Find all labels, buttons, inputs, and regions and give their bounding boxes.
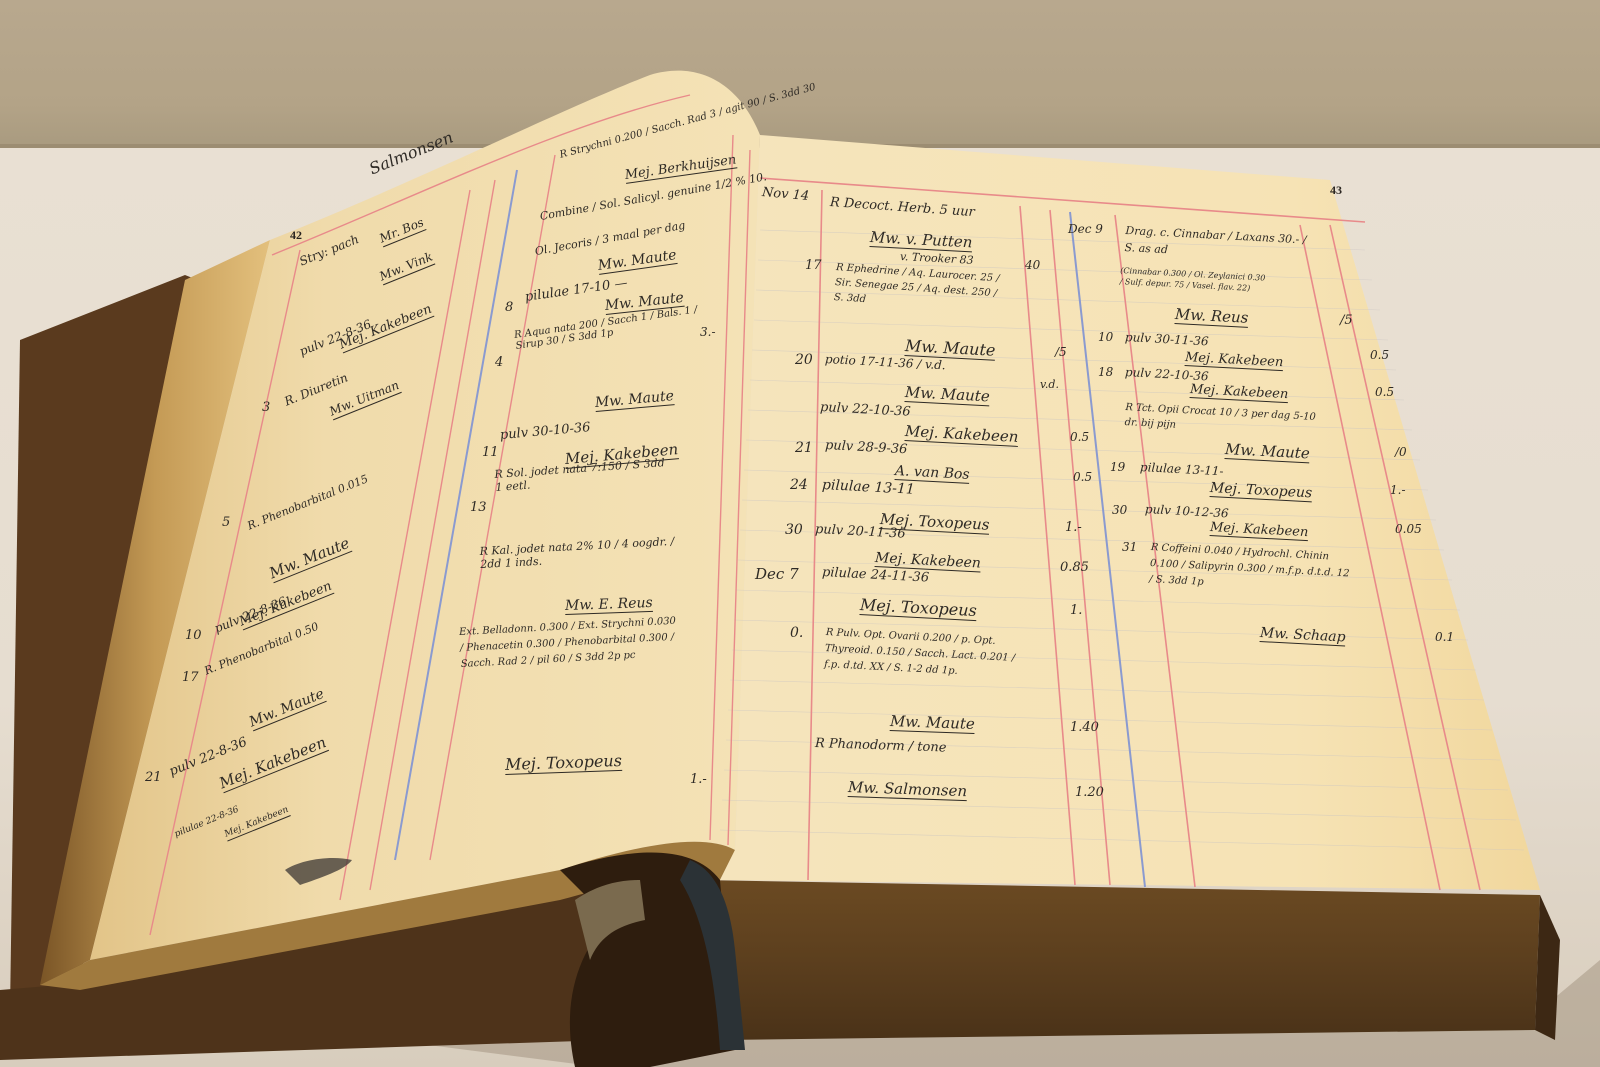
right-entry-amount: /5 bbox=[1055, 345, 1067, 359]
right-col2-amount: 1.- bbox=[1390, 483, 1406, 497]
right-entry-amount: 0.85 bbox=[1060, 560, 1089, 575]
right-col2-date: 18 bbox=[1098, 365, 1113, 379]
left-col2-date: 8 bbox=[505, 300, 513, 315]
right-col2-name: Mw. Reus bbox=[1175, 305, 1249, 327]
right-col2-date: 19 bbox=[1110, 460, 1125, 474]
right-entry-date: 17 bbox=[805, 258, 822, 273]
right-page-number: 43 bbox=[1330, 183, 1342, 198]
right-entry-date: 21 bbox=[795, 440, 813, 456]
right-entry-amount: 0.5 bbox=[1070, 430, 1089, 444]
right-entry-date: 24 bbox=[790, 477, 808, 493]
left-entry-date: 10 bbox=[185, 628, 202, 643]
right-entry-amount: 1.20 bbox=[1075, 785, 1104, 800]
left-col2-date: 11 bbox=[482, 445, 499, 460]
right-entry-amount: 1.- bbox=[1065, 520, 1082, 535]
left-page-number: 42 bbox=[290, 228, 302, 243]
right-col2-amount: 0.05 bbox=[1395, 522, 1422, 536]
right-col2-date: 31 bbox=[1122, 540, 1137, 554]
right-col2-amount: /0 bbox=[1395, 445, 1407, 459]
left-col2-date: 13 bbox=[470, 500, 487, 515]
left-col2-amount: 3.- bbox=[700, 325, 716, 339]
right-entry-amount: 1. bbox=[1070, 603, 1082, 618]
left-col2-name: Mw. E. Reus bbox=[565, 595, 653, 614]
right-col2-date: 10 bbox=[1098, 330, 1113, 344]
right-col2-date: 30 bbox=[1112, 503, 1127, 517]
right-entry-date: 30 bbox=[785, 522, 803, 538]
left-entry-date: 5 bbox=[222, 515, 230, 530]
left-entry-date: 17 bbox=[182, 670, 199, 685]
right-entry-name: Mw. Maute bbox=[890, 712, 975, 733]
left-col2-amount: 1.- bbox=[690, 772, 707, 787]
right-entry-amount: 1.40 bbox=[1070, 720, 1099, 735]
right-entry-amount: v.d. bbox=[1040, 378, 1059, 391]
right-col2-date: Dec 9 bbox=[1068, 222, 1103, 236]
right-entry-amount: 0.5 bbox=[1073, 470, 1092, 484]
right-col2-amount: 0.5 bbox=[1370, 348, 1389, 362]
right-col2-amount: 0.1 bbox=[1435, 630, 1454, 644]
left-entry-date: 3 bbox=[262, 400, 270, 415]
right-entry-date: Dec 7 bbox=[755, 565, 799, 583]
right-entry-date: 0. bbox=[790, 625, 803, 641]
right-col2-amount: 0.5 bbox=[1375, 385, 1394, 399]
left-entry-date: 21 bbox=[145, 770, 162, 785]
right-col2-amount: /5 bbox=[1340, 313, 1353, 328]
right-entry-date: 20 bbox=[795, 352, 813, 368]
left-col2-date: 4 bbox=[495, 355, 503, 370]
right-entry-amount: 40 bbox=[1025, 258, 1040, 272]
